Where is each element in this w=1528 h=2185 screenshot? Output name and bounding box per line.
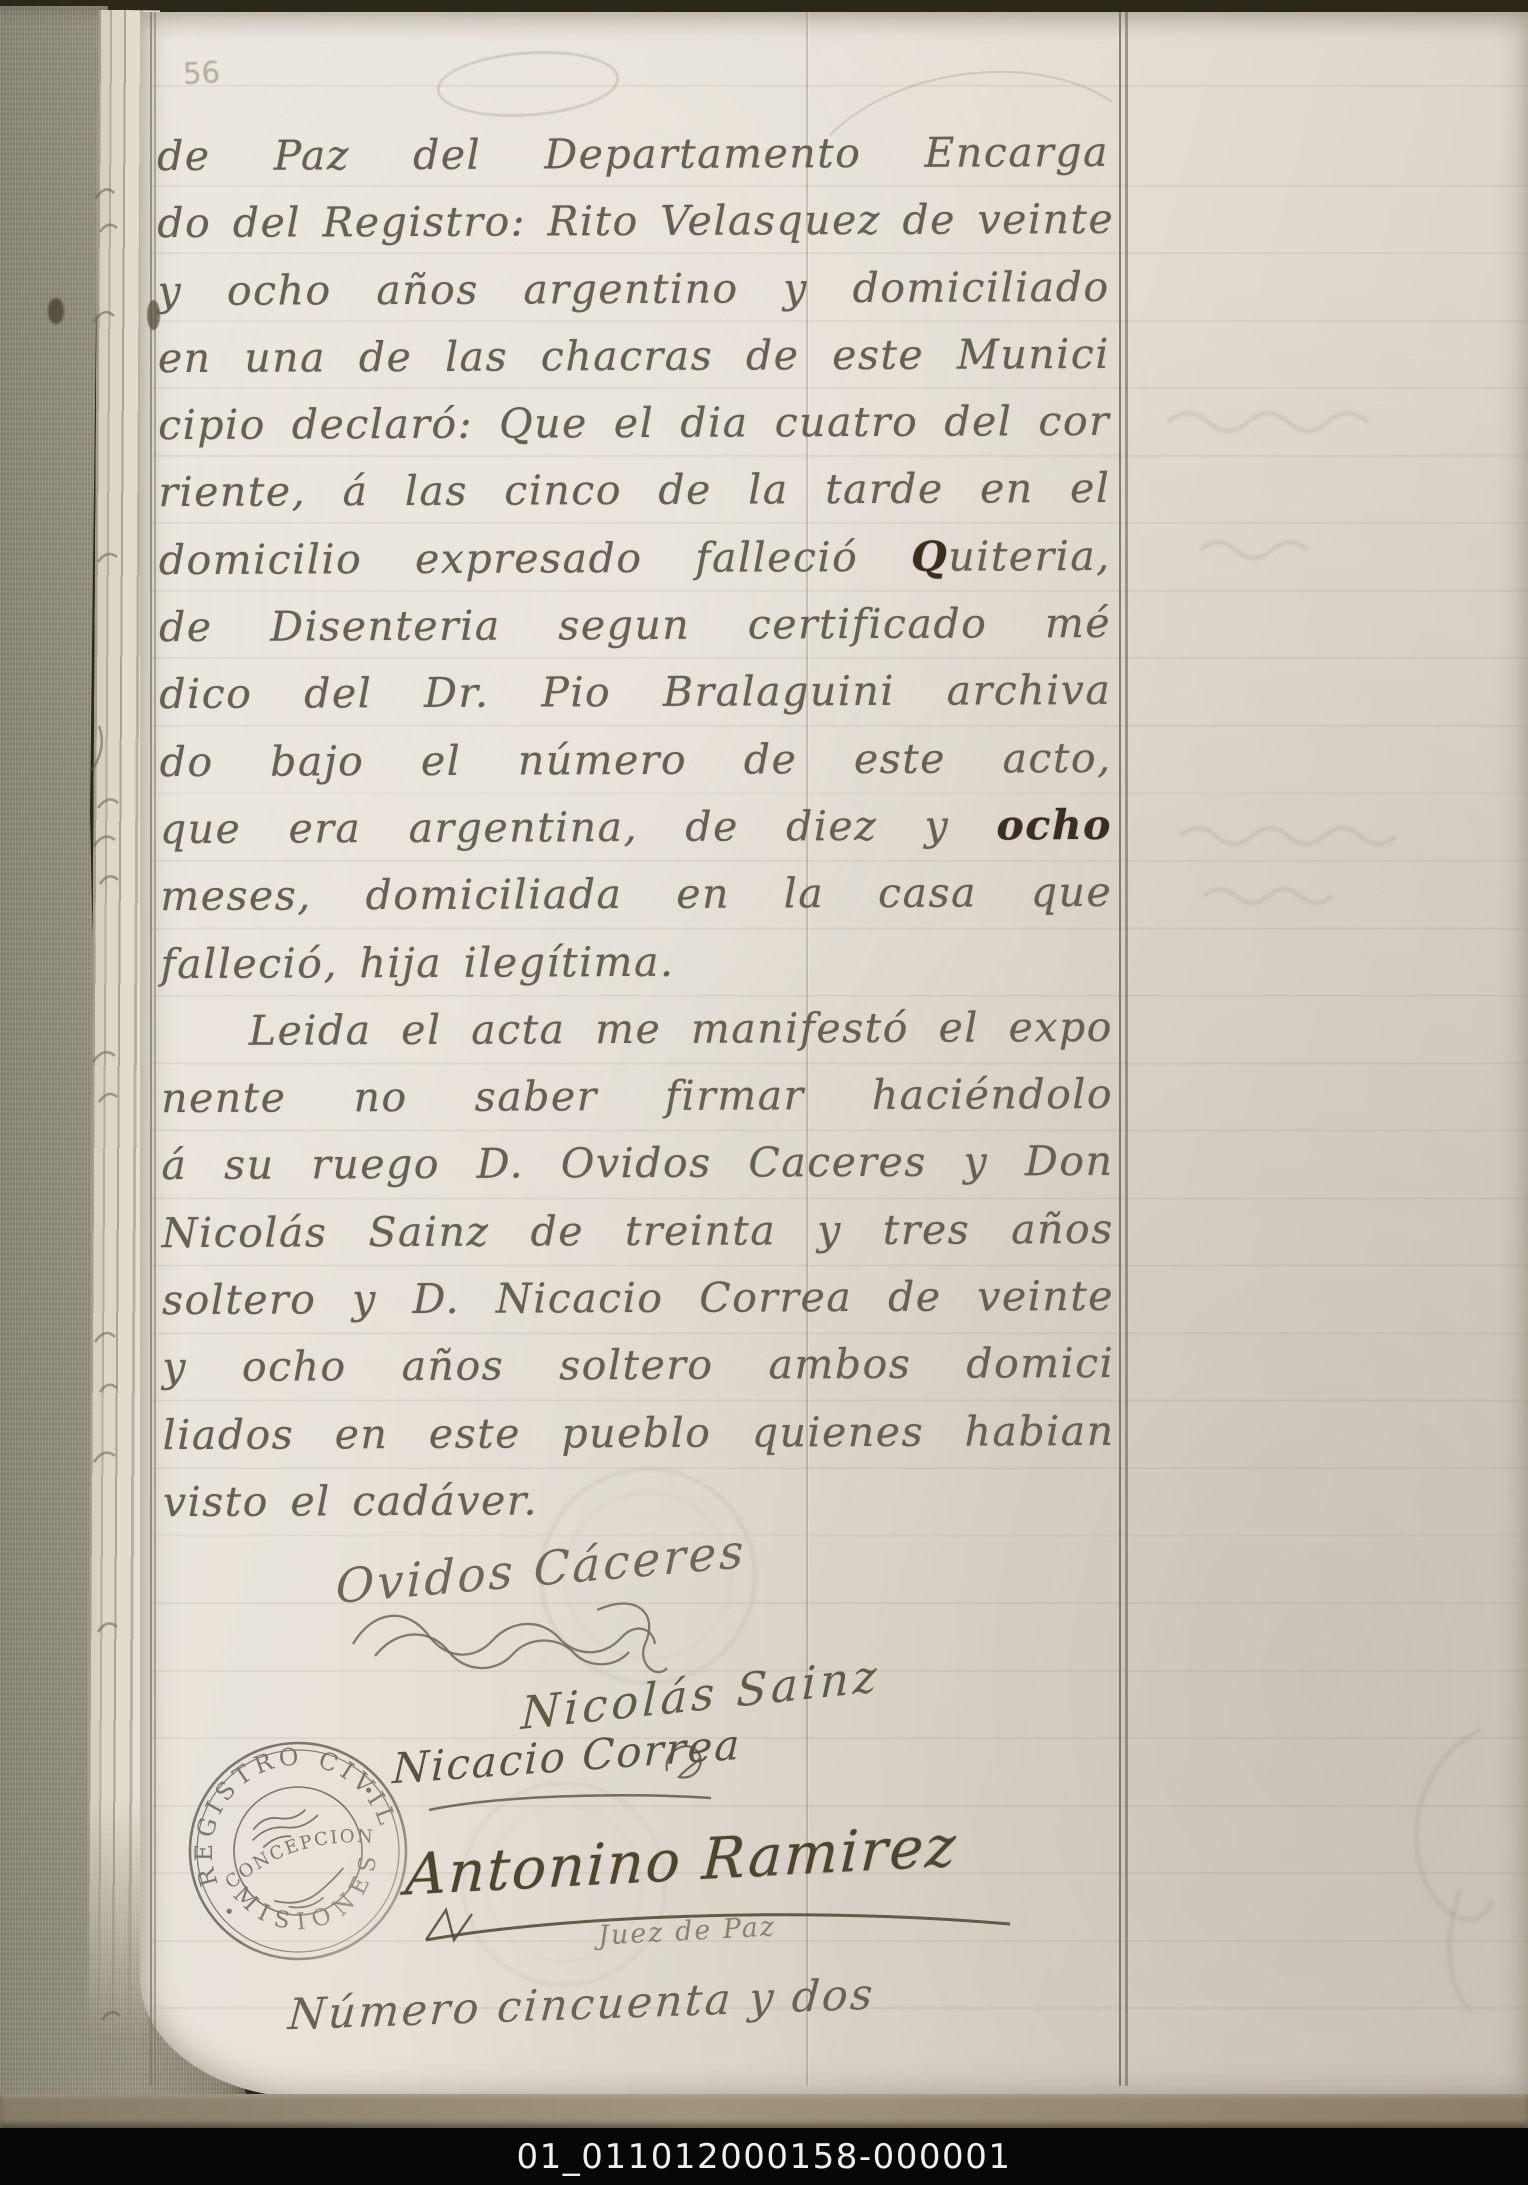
manuscript-text: de Paz del Departamento Encarga do del R… (157, 128, 1115, 1545)
manuscript-line: liados en este pueblo quienes habian (163, 1407, 1115, 1478)
manuscript-line: riente, á las cinco de la tarde en el (158, 464, 1110, 535)
scanned-register-page: 56 de Paz del Departamento Encarga do de (0, 0, 1528, 2185)
manuscript-line: en una de las chacras de este Munici (158, 330, 1110, 401)
manuscript-line: falleció, hija ilegítima. (160, 935, 1112, 1006)
bleedthrough-flourish (1360, 1720, 1528, 2020)
manuscript-line: Leida el acta me manifestó el expo (161, 1003, 1113, 1074)
signature-correa-rubric (655, 1735, 707, 1787)
bleedthrough-writing (1140, 300, 1528, 1120)
manuscript-line-segment: que era argentina, de diez y (160, 801, 997, 853)
scan-id: 01_011012000158-000001 (517, 2137, 1012, 2177)
margin-ink-marks (78, 140, 138, 2080)
manuscript-line-segment-emphasis: ocho (996, 801, 1112, 850)
manuscript-line: nente no saber firmar haciéndolo (161, 1070, 1113, 1141)
manuscript-line: que era argentina, de diez y ocho (160, 801, 1112, 872)
manuscript-line: y ocho años argentino y domiciliado (158, 263, 1110, 334)
manuscript-line: Nicolás Sainz de treinta y tres años (162, 1205, 1114, 1276)
manuscript-line-segment: domicilio expresado falleció (159, 533, 912, 584)
manuscript-line: dico del Dr. Pio Bralaguini archiva (159, 666, 1111, 737)
manuscript-line-segment: uiteria, (948, 532, 1111, 581)
manuscript-line: do bajo el número de este acto, (160, 734, 1112, 805)
footer-bar: 01_011012000158-000001 (0, 2128, 1528, 2185)
cloth-wear-hole (48, 298, 64, 324)
manuscript-line: cipio declaró: Que el dia cuatro del cor (158, 397, 1110, 468)
manuscript-line: soltero y D. Nicacio Correa de veinte (162, 1272, 1114, 1343)
manuscript-line: meses, domiciliada en la casa que (160, 868, 1112, 939)
manuscript-line: domicilio expresado falleció Quiteria, (159, 532, 1111, 603)
manuscript-line-segment-emphasis: Q (911, 532, 948, 580)
manuscript-line: y ocho años soltero ambos domici (162, 1339, 1114, 1410)
signature-correa-underline (425, 1788, 715, 1816)
manuscript-line: de Disenteria segun certificado mé (159, 599, 1111, 670)
manuscript-line: á su ruego D. Ovidos Caceres y Don (161, 1137, 1113, 1208)
table-strip (0, 2094, 1528, 2128)
manuscript-line: de Paz del Departamento Encarga (157, 128, 1109, 199)
manuscript-line: do del Registro: Rito Velasquez de veint… (157, 195, 1109, 266)
pencil-page-number: 56 (182, 55, 221, 91)
